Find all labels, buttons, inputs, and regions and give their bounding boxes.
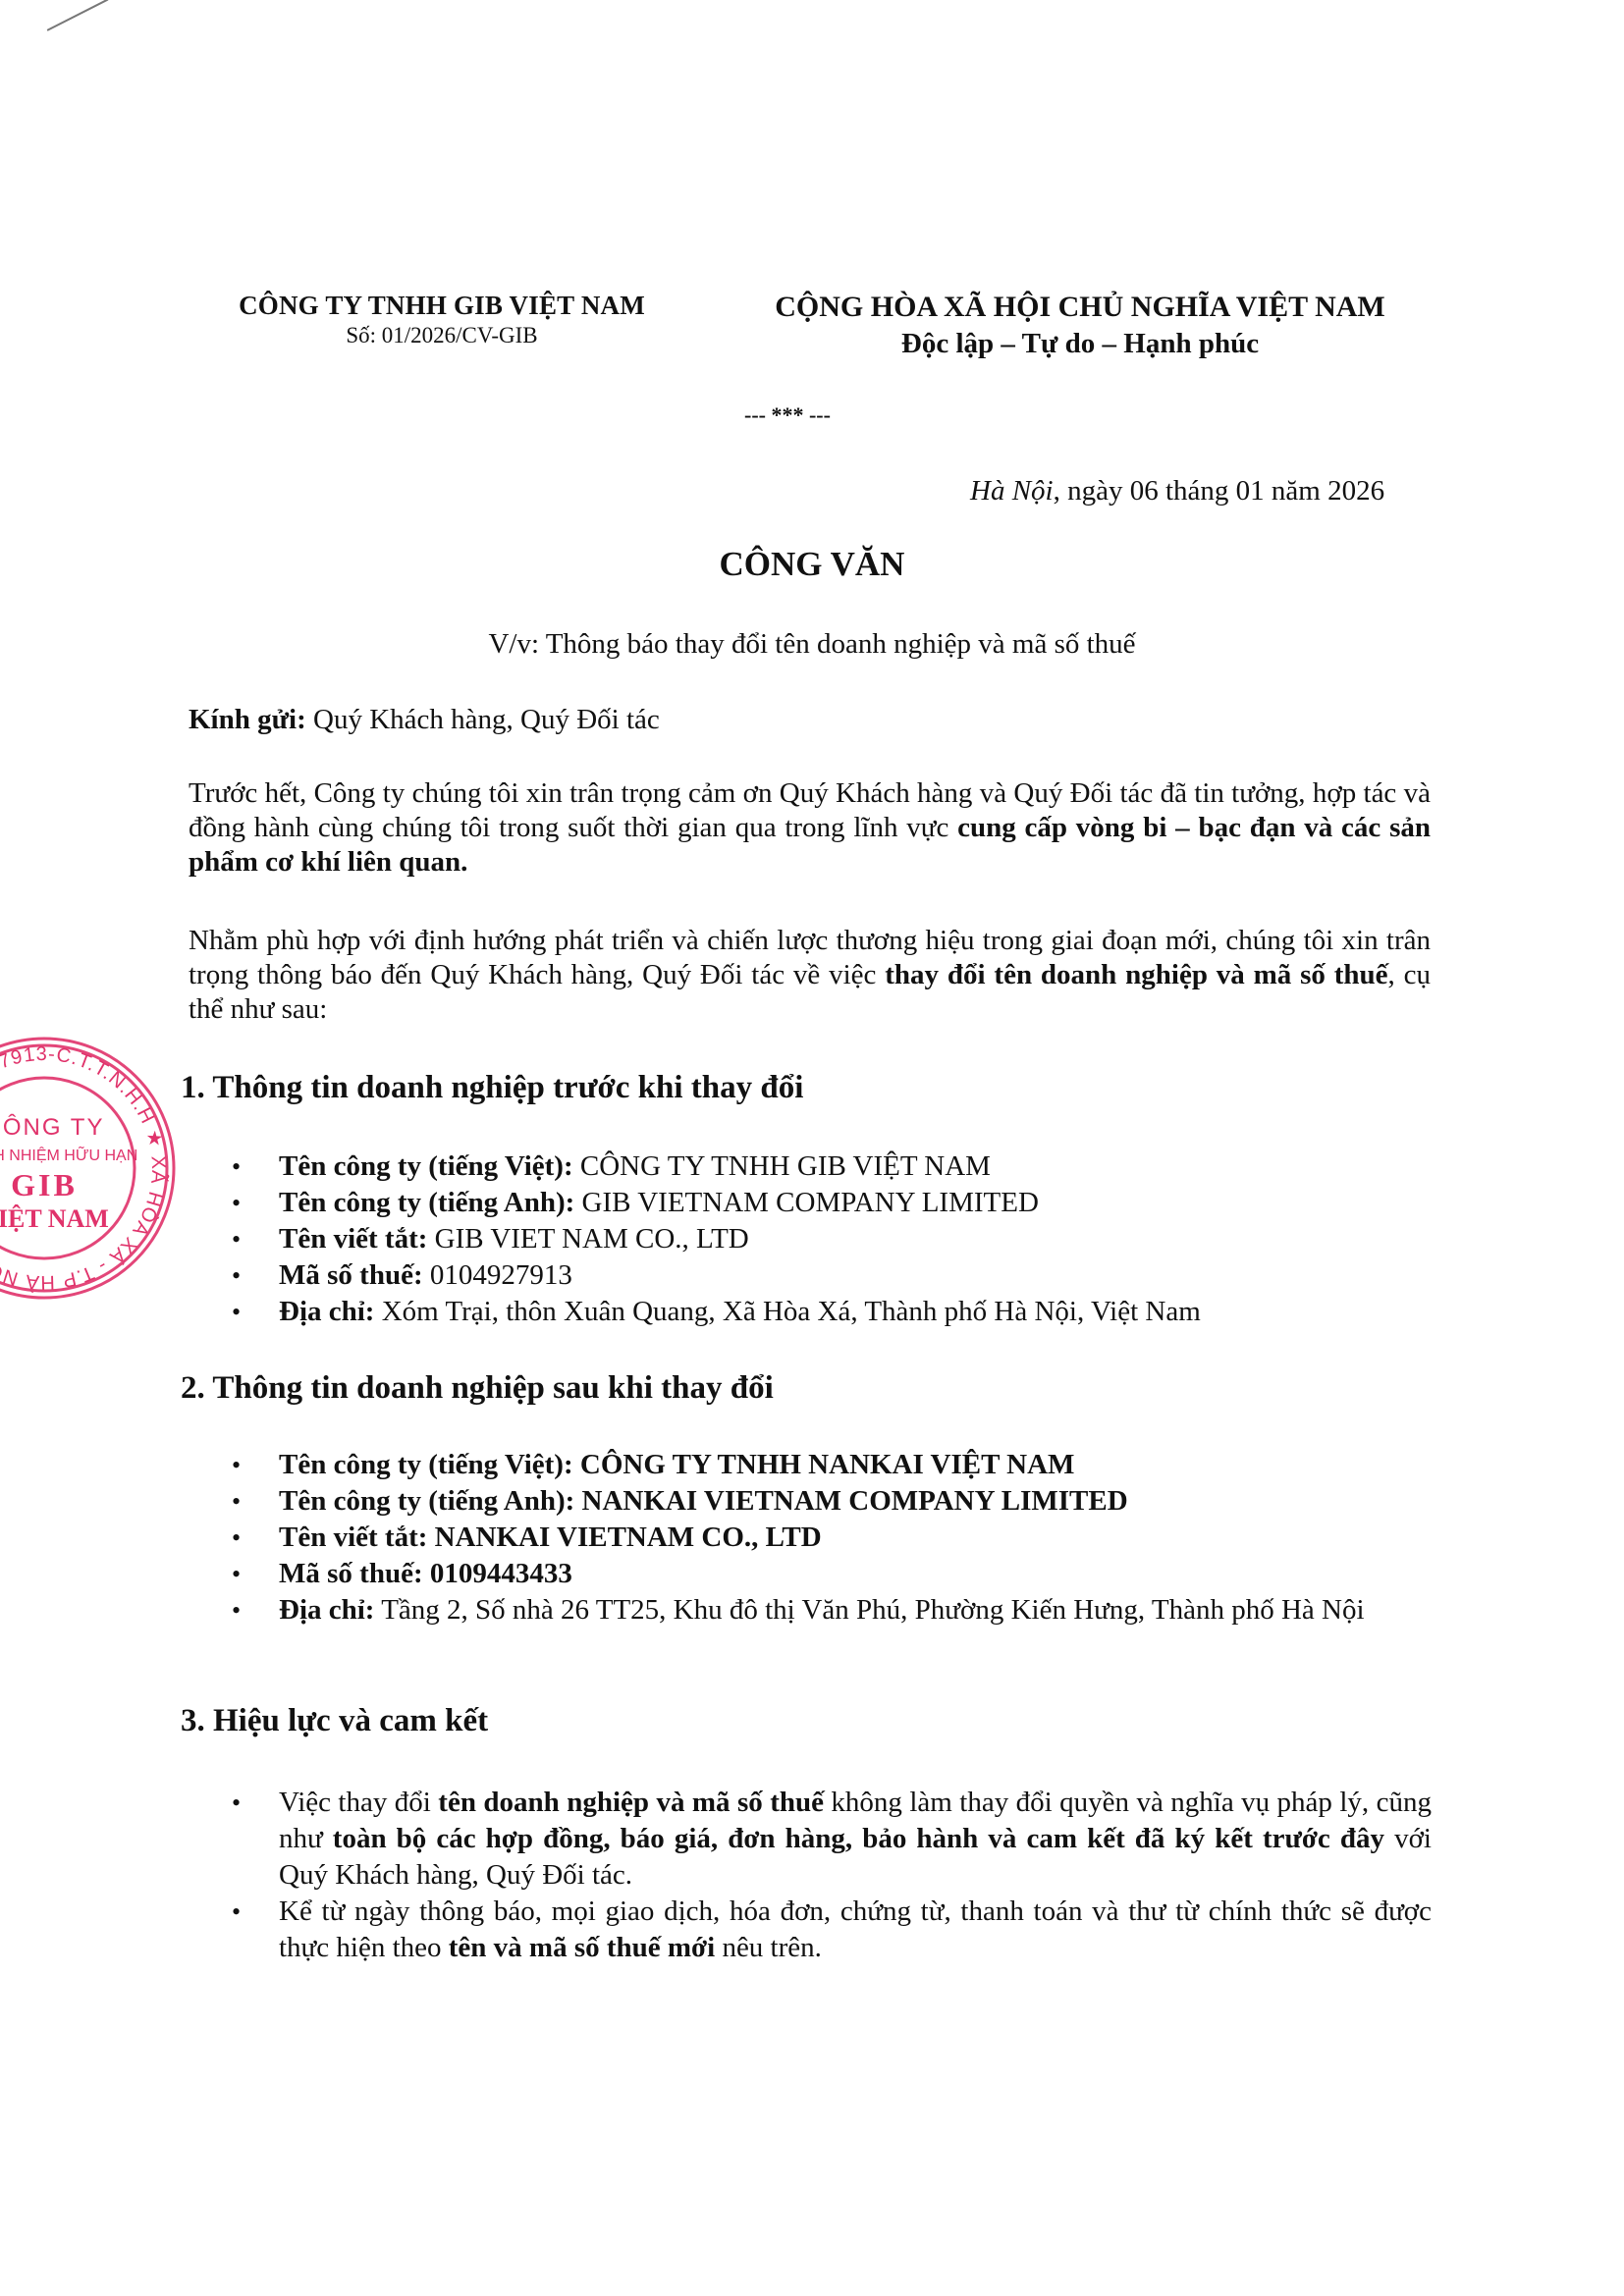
- item-label: Mã số thuế:: [279, 1259, 423, 1291]
- company-seal-stamp: 0104927913-C.T.T.N.H.H ★ XÃ HÒA XÁ - T.P…: [0, 1021, 182, 1315]
- item-value: GIB VIETNAM COMPANY LIMITED: [574, 1187, 1039, 1218]
- item-label: Tên viết tắt:: [279, 1223, 427, 1255]
- national-header: CỘNG HÒA XÃ HỘI CHỦ NGHĨA VIỆT NAM Độc l…: [727, 291, 1434, 360]
- document-title: CÔNG VĂN: [0, 545, 1624, 584]
- issuer-company: CÔNG TY TNHH GIB VIỆT NAM: [196, 291, 687, 321]
- stamp-line-3: GIB: [11, 1167, 78, 1202]
- list-item: Tên công ty (tiếng Anh): GIB VIETNAM COM…: [232, 1185, 1432, 1221]
- pen-mark: [47, 0, 109, 31]
- list-item: Mã số thuế: 0109443433: [232, 1556, 1432, 1592]
- item-value: CÔNG TY TNHH GIB VIỆT NAM: [573, 1150, 991, 1182]
- item-label: Tên công ty (tiếng Anh):: [279, 1485, 574, 1517]
- list-item: Kể từ ngày thông báo, mọi giao dịch, hóa…: [232, 1894, 1432, 1966]
- item-bold: tên doanh nghiệp và mã số thuế: [438, 1787, 824, 1818]
- item-value: 0109443433: [423, 1558, 572, 1589]
- item-label: Mã số thuế:: [279, 1558, 423, 1589]
- list-item: Tên công ty (tiếng Việt): CÔNG TY TNHH G…: [232, 1148, 1432, 1185]
- item-label: Tên công ty (tiếng Việt):: [279, 1150, 573, 1182]
- item-bold: toàn bộ các hợp đồng, báo giá, đơn hàng,…: [333, 1823, 1384, 1854]
- item-label: Tên viết tắt:: [279, 1522, 427, 1553]
- item-value: 0104927913: [423, 1259, 572, 1291]
- list-item: Tên công ty (tiếng Việt): CÔNG TY TNHH N…: [232, 1447, 1432, 1483]
- document-number: Số: 01/2026/CV-GIB: [196, 323, 687, 348]
- item-label: Địa chỉ:: [279, 1296, 374, 1327]
- list-commitment: Việc thay đổi tên doanh nghiệp và mã số …: [232, 1785, 1432, 1966]
- list-after-change: Tên công ty (tiếng Việt): CÔNG TY TNHH N…: [232, 1447, 1432, 1629]
- item-value: NANKAI VIETNAM CO., LTD: [427, 1522, 821, 1553]
- item-value: Tầng 2, Số nhà 26 TT25, Khu đô thị Văn P…: [374, 1594, 1364, 1626]
- paragraph-announcement: Nhằm phù hợp với định hướng phát triển v…: [189, 924, 1431, 1027]
- item-value: Xóm Trại, thôn Xuân Quang, Xã Hòa Xá, Th…: [374, 1296, 1200, 1327]
- salutation-label: Kính gửi:: [189, 704, 306, 735]
- item-label: Tên công ty (tiếng Việt):: [279, 1449, 573, 1480]
- national-motto: Độc lập – Tự do – Hạnh phúc: [727, 328, 1434, 360]
- item-bold: tên và mã số thuế mới: [449, 1932, 715, 1963]
- list-item: Tên viết tắt: NANKAI VIETNAM CO., LTD: [232, 1520, 1432, 1556]
- item-value: NANKAI VIETNAM COMPANY LIMITED: [574, 1485, 1127, 1517]
- item-label: Địa chỉ:: [279, 1594, 374, 1626]
- paragraph-thanks: Trước hết, Công ty chúng tôi xin trân tr…: [189, 776, 1431, 880]
- list-item: Tên viết tắt: GIB VIET NAM CO., LTD: [232, 1221, 1432, 1257]
- list-before-change: Tên công ty (tiếng Việt): CÔNG TY TNHH G…: [232, 1148, 1432, 1330]
- document-subject: V/v: Thông báo thay đổi tên doanh nghiệp…: [0, 628, 1624, 661]
- section-heading-commitment: 3. Hiệu lực và cam kết: [181, 1703, 488, 1739]
- salutation: Kính gửi: Quý Khách hàng, Quý Đối tác: [189, 703, 1431, 737]
- section-heading-before: 1. Thông tin doanh nghiệp trước khi thay…: [181, 1070, 803, 1106]
- list-item: Việc thay đổi tên doanh nghiệp và mã số …: [232, 1785, 1432, 1894]
- list-item: Mã số thuế: 0104927913: [232, 1257, 1432, 1294]
- stamp-line-1: CÔNG TY: [0, 1113, 104, 1141]
- list-item: Địa chỉ: Tầng 2, Số nhà 26 TT25, Khu đô …: [232, 1592, 1432, 1629]
- issuer-block: CÔNG TY TNHH GIB VIỆT NAM Số: 01/2026/CV…: [196, 291, 687, 348]
- header-separator: --- *** ---: [744, 402, 831, 428]
- dateline-place: Hà Nội: [970, 475, 1054, 507]
- item-value: GIB VIET NAM CO., LTD: [427, 1223, 748, 1255]
- dateline: Hà Nội, ngày 06 tháng 01 năm 2026: [970, 475, 1384, 507]
- item-value: CÔNG TY TNHH NANKAI VIỆT NAM: [573, 1449, 1075, 1480]
- item-text: nêu trên.: [715, 1932, 822, 1963]
- paragraph-bold: thay đổi tên doanh nghiệp và mã số thuế: [885, 959, 1387, 990]
- section-heading-after: 2. Thông tin doanh nghiệp sau khi thay đ…: [181, 1370, 774, 1407]
- stamp-line-2: TRÁCH NHIỆM HỮU HẠN: [0, 1145, 137, 1164]
- salutation-recipients: Quý Khách hàng, Quý Đối tác: [306, 704, 660, 735]
- item-label: Tên công ty (tiếng Anh):: [279, 1187, 574, 1218]
- list-item: Tên công ty (tiếng Anh): NANKAI VIETNAM …: [232, 1483, 1432, 1520]
- item-text: Việc thay đổi: [279, 1787, 438, 1818]
- list-item: Địa chỉ: Xóm Trại, thôn Xuân Quang, Xã H…: [232, 1294, 1432, 1330]
- stamp-line-4: VIỆT NAM: [0, 1204, 109, 1233]
- dateline-date: , ngày 06 tháng 01 năm 2026: [1054, 475, 1384, 507]
- nation-title: CỘNG HÒA XÃ HỘI CHỦ NGHĨA VIỆT NAM: [727, 291, 1434, 324]
